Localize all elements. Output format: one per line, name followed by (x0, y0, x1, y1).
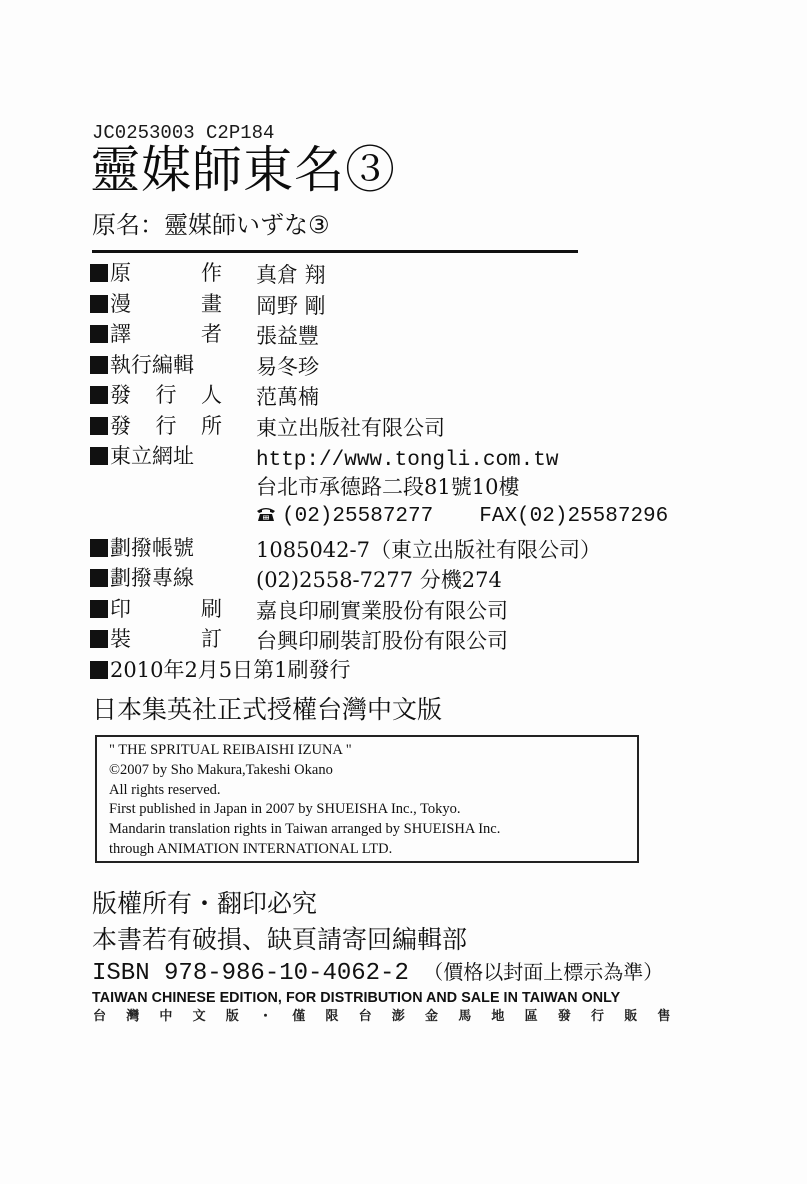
label-char: 原 (110, 258, 131, 289)
bullet-square-icon (90, 325, 108, 343)
copyright-line: " THE SPRITUAL REIBAISHI IZUNA " (109, 741, 637, 761)
bullet-square-icon (90, 569, 108, 587)
credit-editor: 執行編輯 易冬珍 (90, 350, 668, 381)
label-char: 發 (110, 380, 131, 411)
label-text: 執行編輯 (110, 350, 194, 381)
license-statement: 日本集英社正式授權台灣中文版 (92, 690, 442, 726)
label-text: 劃撥帳號 (110, 533, 194, 564)
credit-value: 真倉 翔 (256, 260, 326, 291)
fax-number: FAX(02)25587296 (479, 505, 668, 528)
label-char: 者 (201, 319, 222, 350)
label-char: 裝 (110, 624, 131, 655)
credit-publisher: 發行人 范萬楠 (90, 380, 668, 411)
title-divider (92, 250, 578, 253)
credit-publishing-house: 發行所 東立出版社有限公司 (90, 411, 668, 442)
bullet-square-icon (90, 600, 108, 618)
copyright-line: All rights reserved. (109, 781, 637, 801)
credit-value: 張益豐 (256, 321, 319, 352)
credit-value: 岡野 剛 (256, 291, 326, 322)
credit-value: 嘉良印刷實業股份有限公司 (256, 596, 508, 627)
telephone-icon (256, 506, 276, 522)
rights-reserved: 版權所有・翻印必究 (92, 886, 467, 922)
credit-value: (02)2558-7277 分機274 (256, 565, 502, 596)
label-char: 畫 (201, 289, 222, 320)
bullet-square-icon (90, 661, 108, 679)
rights-notices: 版權所有・翻印必究 本書若有破損、缺頁請寄回編輯部 (92, 886, 467, 958)
label-text: 東立網址 (110, 441, 194, 472)
copyright-line: First published in Japan in 2007 by SHUE… (109, 800, 637, 820)
label-char: 刷 (201, 594, 222, 625)
damage-notice: 本書若有破損、缺頁請寄回編輯部 (92, 922, 467, 958)
label-char: 漫 (110, 289, 131, 320)
label-char: 行 (156, 380, 177, 411)
credits-list: 原作 真倉 翔 漫畫 岡野 剛 譯者 張益豐 執行編輯 易冬珍 發行人 范萬楠 … (90, 258, 668, 685)
label-char: 發 (110, 411, 131, 442)
distribution-chinese: 台灣中文版・僅限台澎金馬地區發行販售 (93, 1005, 691, 1024)
phone-number: (02)25587277 (282, 505, 433, 528)
isbn-number: ISBN 978-986-10-4062-2 (92, 960, 409, 987)
isbn-line: ISBN 978-986-10-4062-2 （價格以封面上標示為準） (92, 956, 663, 990)
credit-printer: 印刷 嘉良印刷實業股份有限公司 (90, 594, 668, 625)
label-char: 譯 (110, 319, 131, 350)
credit-contact: (02)25587277FAX(02)25587296 (90, 502, 668, 533)
bullet-square-icon (90, 386, 108, 404)
label-char: 作 (201, 258, 222, 289)
bullet-square-icon (90, 417, 108, 435)
label-char: 所 (201, 411, 222, 442)
release-date: 2010年2月5日第1刷發行 (110, 655, 351, 685)
credit-value: 東立出版社有限公司 (256, 413, 445, 444)
bullet-square-icon (90, 539, 108, 557)
bullet-square-icon (90, 356, 108, 374)
credit-value: 台興印刷裝訂股份有限公司 (256, 626, 508, 657)
label-text: 劃撥專線 (110, 563, 194, 594)
credit-value: 易冬珍 (256, 352, 319, 383)
bullet-square-icon (90, 264, 108, 282)
release-date-row: 2010年2月5日第1刷發行 (90, 655, 668, 685)
address-text: 台北市承德路二段81號10樓 (256, 472, 519, 503)
credit-address: 台北市承德路二段81號10樓 (90, 472, 668, 503)
credit-binder: 裝訂 台興印刷裝訂股份有限公司 (90, 624, 668, 655)
credit-translator: 譯者 張益豐 (90, 319, 668, 350)
credit-postal-line: 劃撥專線 (02)2558-7277 分機274 (90, 563, 668, 594)
label-char: 印 (110, 594, 131, 625)
label-char: 訂 (201, 624, 222, 655)
label-char: 行 (156, 411, 177, 442)
copyright-box: " THE SPRITUAL REIBAISHI IZUNA " ©2007 b… (95, 735, 639, 863)
credit-website: 東立網址 http://www.tongli.com.tw (90, 441, 668, 472)
credit-artist: 漫畫 岡野 剛 (90, 289, 668, 320)
bullet-square-icon (90, 447, 108, 465)
bullet-square-icon (90, 295, 108, 313)
credit-value: 1085042-7（東立出版社有限公司） (256, 535, 601, 566)
copyright-line: Mandarin translation rights in Taiwan ar… (109, 820, 637, 840)
book-title: 靈媒師東名③ (90, 140, 396, 200)
credit-value: 范萬楠 (256, 382, 319, 413)
copyright-line: through ANIMATION INTERNATIONAL LTD. (109, 840, 637, 860)
credit-author: 原作 真倉 翔 (90, 258, 668, 289)
credit-postal-account: 劃撥帳號 1085042-7（東立出版社有限公司） (90, 533, 668, 564)
price-note: （價格以封面上標示為準） (423, 960, 663, 984)
distribution-english: TAIWAN CHINESE EDITION, FOR DISTRIBUTION… (92, 990, 620, 1006)
bullet-square-icon (90, 630, 108, 648)
copyright-line: ©2007 by Sho Makura,Takeshi Okano (109, 761, 637, 781)
label-char: 人 (201, 380, 222, 411)
original-title: 原名：靈媒師いずな③ (92, 210, 330, 240)
